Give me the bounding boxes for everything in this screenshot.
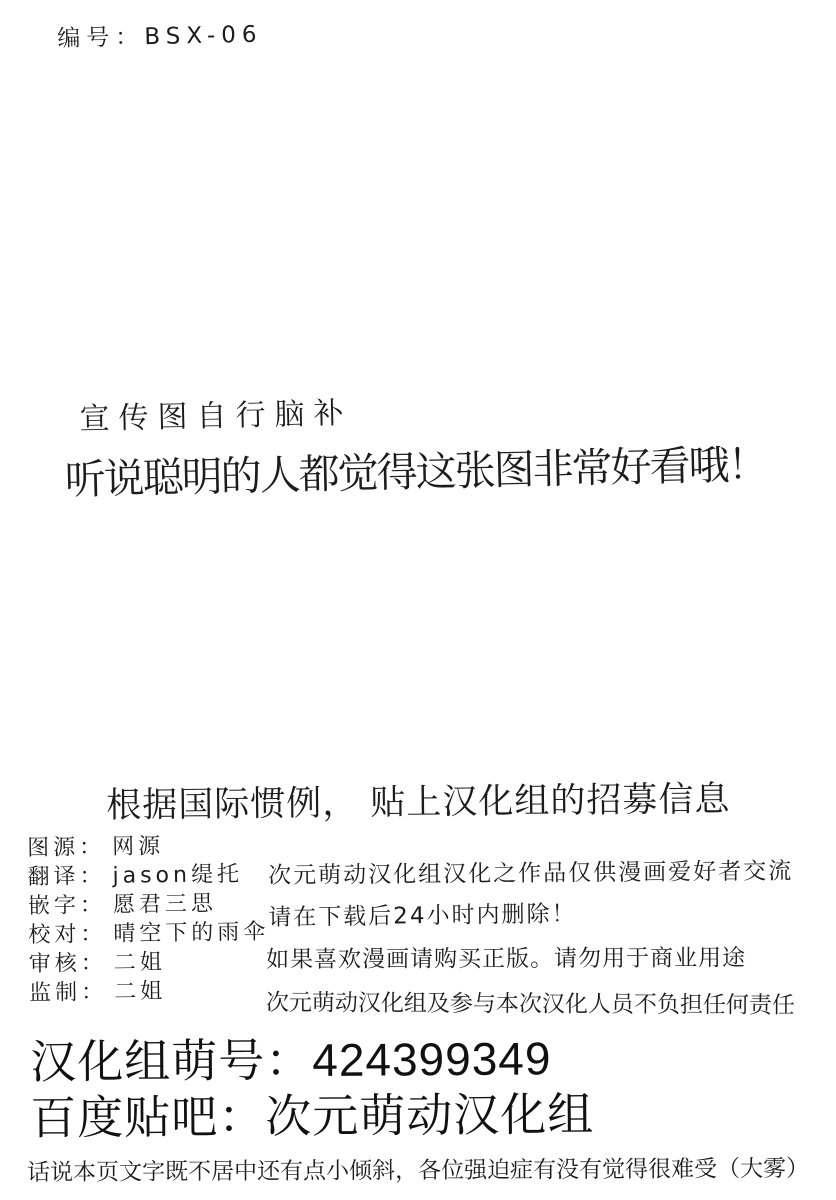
credit-role-label: 图源： (27, 837, 112, 860)
credit-row-image-source: 图源： 网源 (27, 835, 268, 860)
baidu-tieba-line: 百度贴吧：次元萌动汉化组 (30, 1078, 594, 1148)
credit-role-label: 嵌字： (28, 895, 113, 918)
credit-row-proofreader: 校对： 晴空下的雨伞 (28, 922, 269, 947)
credit-row-translator: 翻译： jason缇托 (27, 864, 268, 889)
credit-member-name: 二姐 (114, 981, 166, 1004)
disclaimer-line-2: 请在下载后24小时内删除！ (268, 895, 577, 932)
disclaimer-line-1: 次元萌动汉化组汉化之作品仅供漫画爱好者交流 (268, 852, 793, 890)
serial-number: 编号：BSX-06 (57, 16, 263, 53)
recruit-heading: 根据国际惯例， 贴上汉化组的招募信息 (106, 771, 731, 828)
promo-note-line-2: 听说聪明的人都觉得这张图非常好看哦！ (64, 431, 767, 506)
credit-member-name: 愿君三思 (113, 893, 217, 916)
scanlation-credits-page: 编号：BSX-06 宣传图自行脑补 听说聪明的人都觉得这张图非常好看哦！ 根据国… (0, 0, 836, 1200)
credit-row-supervisor: 监制： 二姐 (29, 980, 270, 1005)
credit-role-label: 校对： (28, 924, 113, 947)
promo-note-line-1: 宣传图自行脑补 (79, 388, 353, 438)
credit-role-label: 监制： (29, 982, 114, 1005)
credits-list: 图源： 网源 翻译： jason缇托 嵌字： 愿君三思 校对： 晴空下的雨伞 审… (27, 835, 270, 1012)
footnote: 话说本页文字既不居中还有点小倾斜，各位强迫症有没有觉得很难受（大雾） (27, 1150, 809, 1187)
credit-member-name: 晴空下的雨伞 (113, 922, 269, 946)
credit-row-reviewer: 审核： 二姐 (29, 951, 270, 976)
credit-role-label: 审核： (29, 953, 114, 976)
credit-member-name: 二姐 (114, 952, 166, 975)
credit-member-name: 网源 (112, 836, 164, 859)
disclaimer-line-4: 次元萌动汉化组及参与本次汉化人员不负担任何责任 (266, 984, 795, 1020)
credit-row-typesetter: 嵌字： 愿君三思 (28, 893, 269, 918)
credit-member-name: jason缇托 (112, 864, 243, 888)
credit-role-label: 翻译： (27, 866, 112, 889)
disclaimer-line-3: 如果喜欢漫画请购买正版。请勿用于商业用途 (266, 939, 746, 974)
